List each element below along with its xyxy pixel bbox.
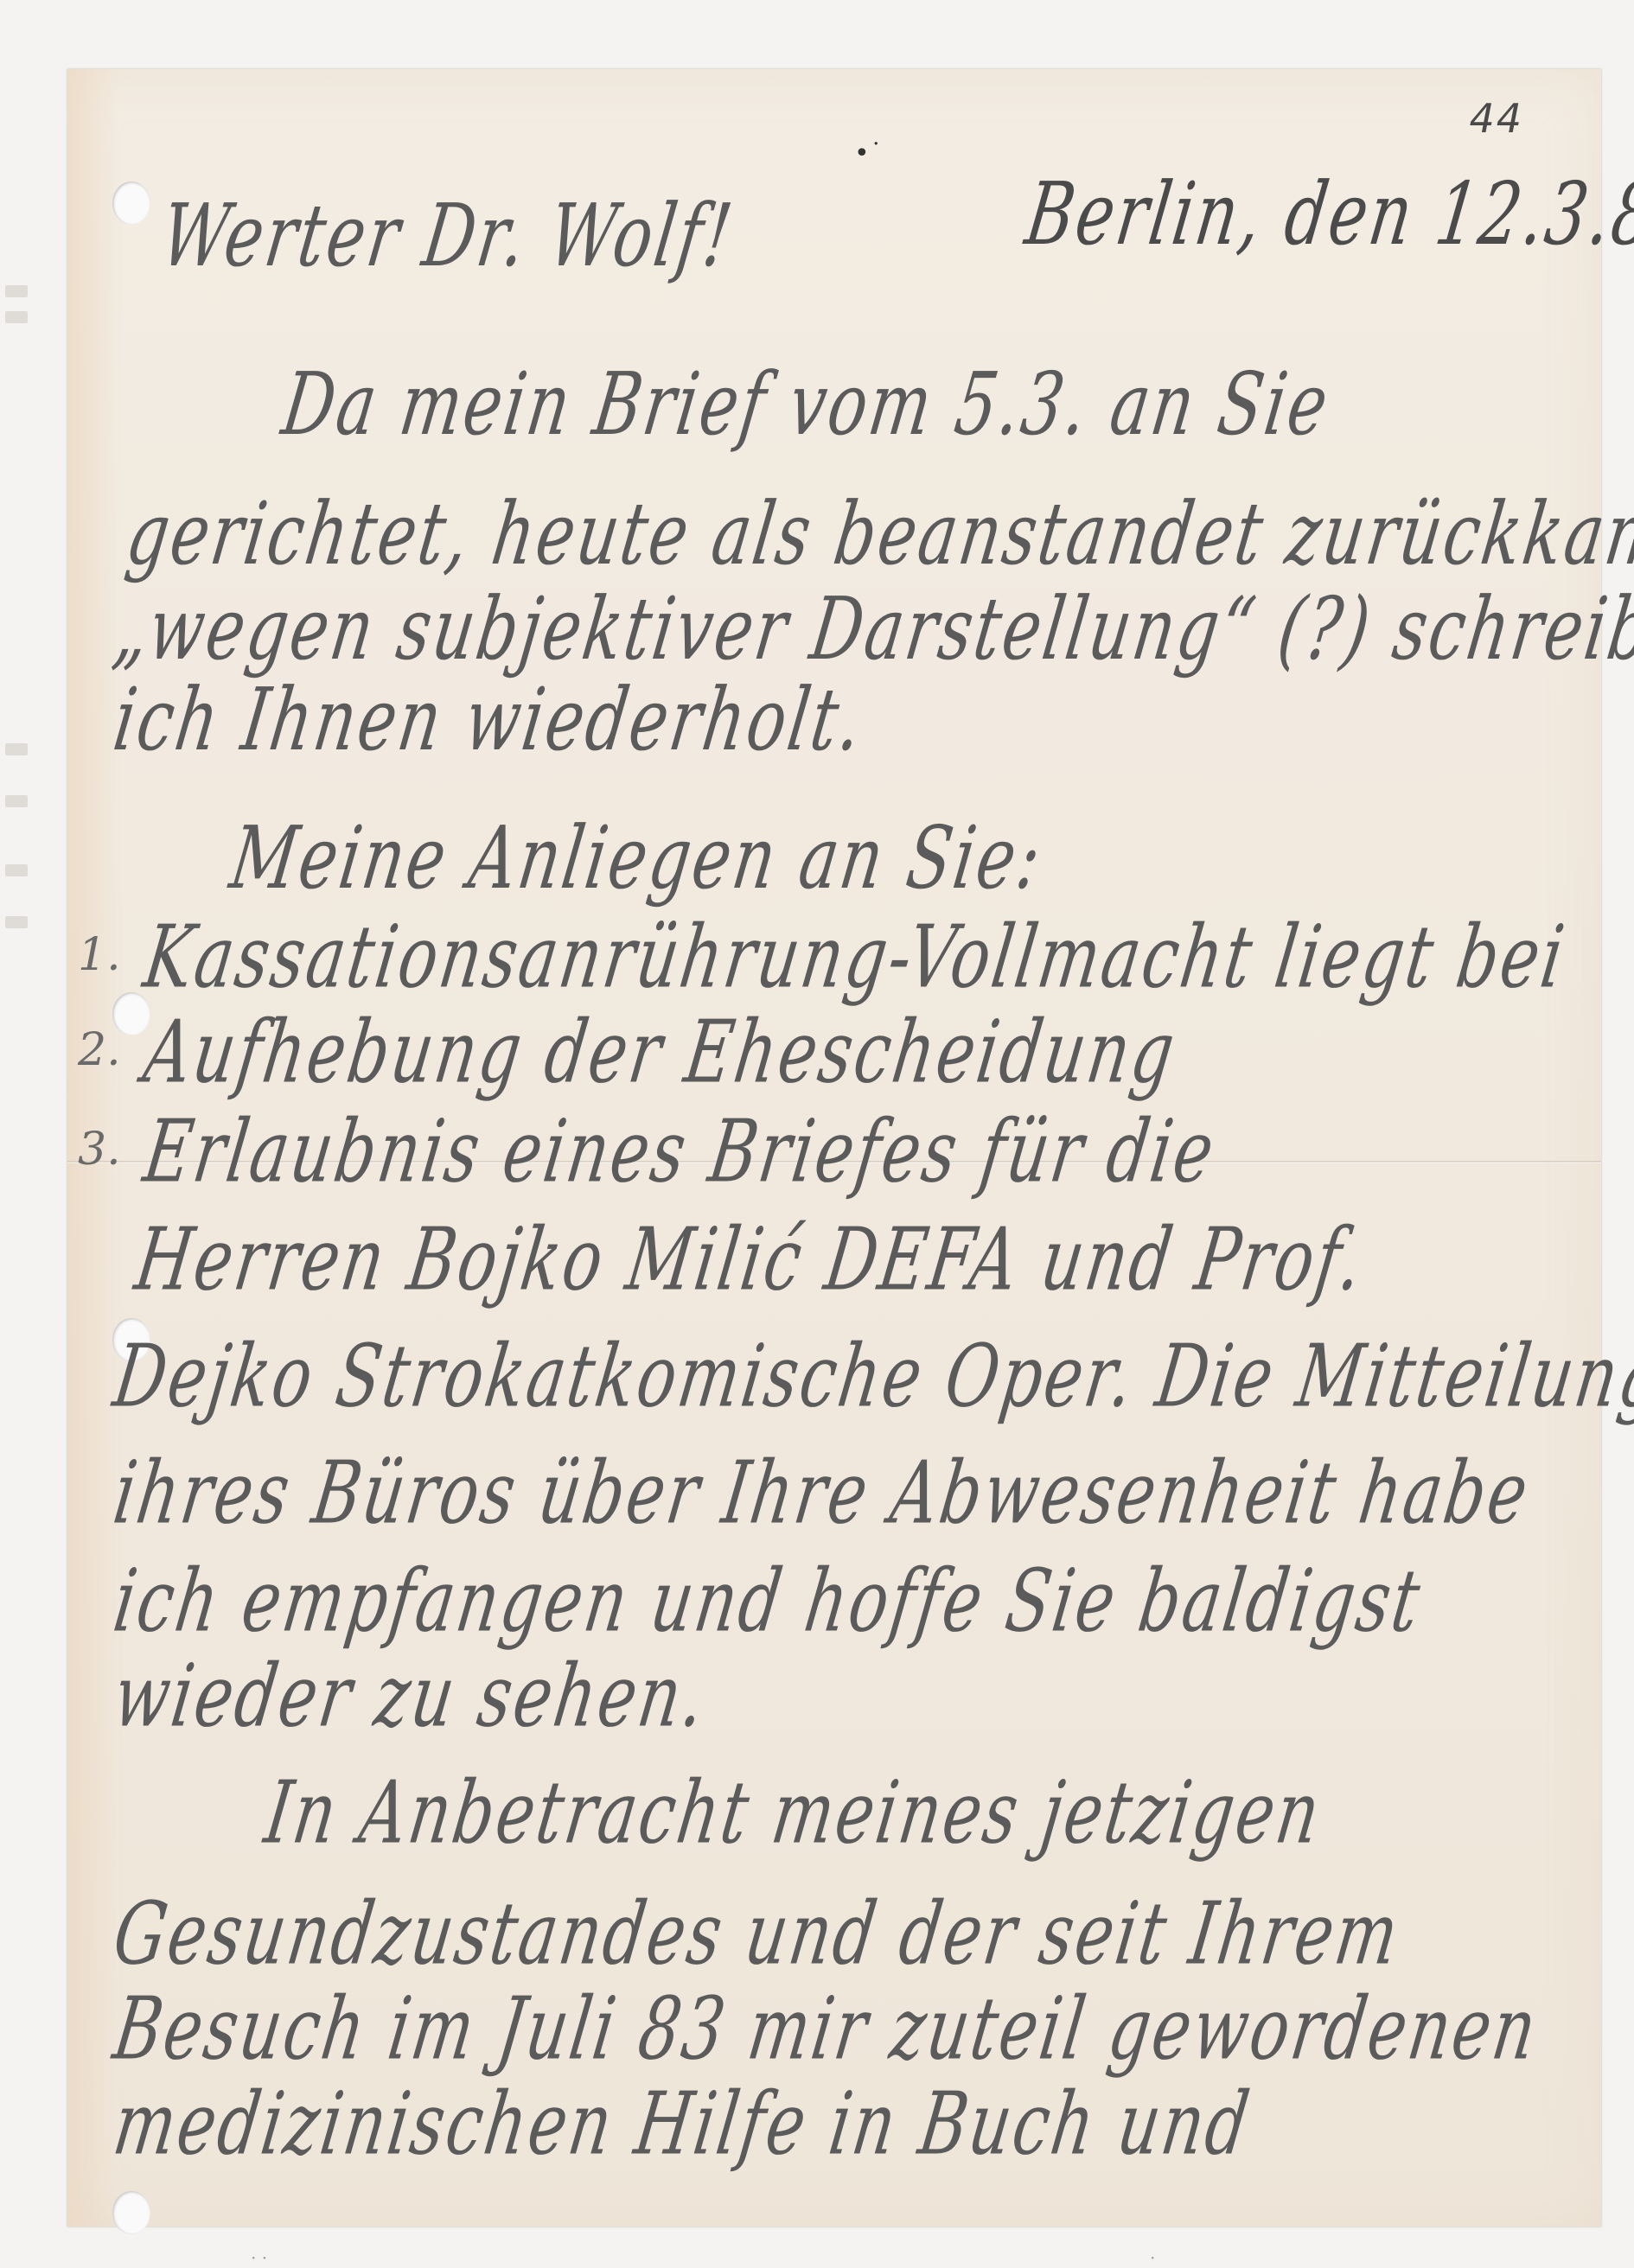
letter-line: Meine Anliegen an Sie: xyxy=(225,808,1049,908)
letter-page: 44 •˙ Werter Dr. Wolf! Berlin, den 12.3.… xyxy=(67,69,1601,2227)
letter-line: Gesundzustandes und der seit Ihrem xyxy=(108,1884,1407,1984)
list-number: 1. xyxy=(78,929,121,981)
letter-line: ich Ihnen wiederholt. xyxy=(108,670,871,770)
list-item: Erlaubnis eines Briefes für die xyxy=(138,1102,1222,1202)
place-date: Berlin, den 12.3.84 xyxy=(1020,164,1634,264)
list-number: 3. xyxy=(78,1124,121,1175)
list-item: Kassationsanrührung-Vollmacht liegt bei xyxy=(138,908,1572,1008)
letter-line: Herren Bojko Milić DEFA und Prof. xyxy=(130,1210,1370,1310)
letter-line: Besuch im Juli 83 mir zuteil gewordenen xyxy=(108,1979,1544,2080)
letter-line: „wegen subjektiver Darstellung“ (?) schr… xyxy=(108,579,1634,679)
list-number: 2. xyxy=(78,1024,121,1076)
letter-line: medizinischen Hilfe in Buch und xyxy=(108,2074,1257,2175)
letter-line: Da mein Brief vom 5.3. an Sie xyxy=(277,354,1336,455)
scan-edge-marks xyxy=(0,259,35,1037)
salutation: Werter Dr. Wolf! xyxy=(156,186,740,286)
letter-line: wieder zu sehen. xyxy=(108,1647,713,1747)
letter-line: ich empfangen und hoffe Sie baldigst xyxy=(108,1551,1428,1652)
punch-hole xyxy=(112,182,150,225)
page-number: 44 xyxy=(1469,95,1523,142)
letter-line: ihres Büros über Ihre Abwesenheit habe xyxy=(108,1443,1536,1544)
letter-line: Dejko Strokatkomische Oper. Die Mitteilu… xyxy=(108,1327,1634,1427)
ink-mark: •˙ xyxy=(854,138,883,169)
punch-hole xyxy=(112,2191,150,2234)
list-item: Aufhebung der Ehescheidung xyxy=(138,1003,1183,1103)
letter-line: gerichtet, heute als beanstandet zurückk… xyxy=(121,484,1634,584)
scan-mark: · xyxy=(1150,2247,1155,2268)
letter-line: In Anbetracht meines jetzigen xyxy=(259,1763,1328,1863)
scan-mark: · · xyxy=(251,2247,267,2268)
